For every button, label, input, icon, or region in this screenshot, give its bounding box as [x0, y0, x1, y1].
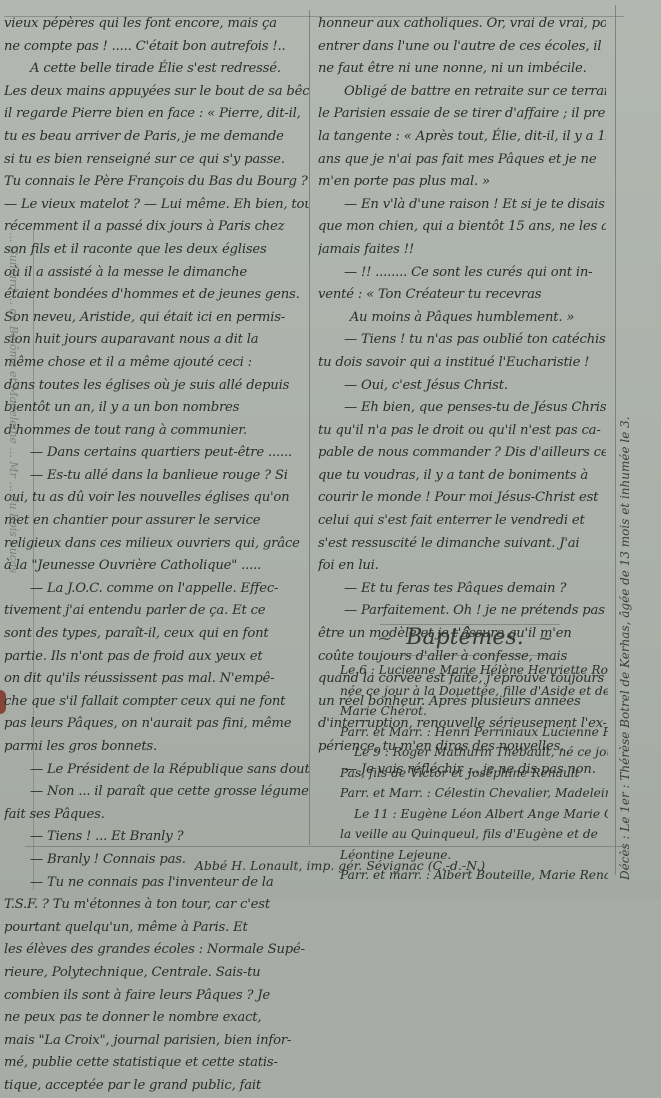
text-line: parmi les gros bonnets. — [4, 736, 309, 759]
text-line: si tu es bien renseigné sur ce qui s'y p… — [4, 149, 309, 172]
text-line: sion huit jours auparavant nous a dit la — [4, 329, 309, 352]
text-line: tivement j'ai entendu parler de ça. Et c… — [4, 600, 309, 623]
text-line: — Oui, c'est Jésus Christ. — [318, 375, 606, 398]
text-line: Les deux mains appuyées sur le bout de s… — [4, 81, 309, 104]
text-line: tu dois savoir qui a institué l'Eucharis… — [318, 352, 606, 375]
text-line: honneur aux catholiques. Or, vrai de vra… — [318, 13, 606, 36]
text-line: ne faut être ni une nonne, ni un imbécil… — [318, 58, 606, 81]
text-line: jamais faites !! — [318, 239, 606, 262]
text-line: bientôt un an, il y a un bon nombres — [4, 397, 309, 420]
baptism-line: Le 9 : Roger Mathurin Thébault, né ce jo… — [340, 742, 608, 763]
baptism-line: Le 6 : Lucienne Marie Hélène Henriette R… — [340, 660, 608, 681]
text-line: vieux pépères qui les font encore, mais … — [4, 13, 309, 36]
text-line: — La J.O.C. comme on l'appelle. Effec- — [4, 578, 309, 601]
text-line: — En v'là d'une raison ! Et si je te dis… — [318, 194, 606, 217]
text-line: — Tu ne connais pas l'inventeur de la — [4, 872, 309, 895]
text-line: Tu connais le Père François du Bas du Bo… — [4, 171, 309, 194]
text-line: — Eh bien, que penses-tu de Jésus Christ… — [318, 397, 606, 420]
right-frame-line — [615, 5, 616, 875]
text-line: on dit qu'ils réussissent pas mal. N'emp… — [4, 668, 309, 691]
text-line: celui qui s'est fait enterrer le vendred… — [318, 510, 606, 533]
baptism-line: Le 11 : Eugène Léon Albert Ange Marie Go… — [340, 804, 608, 825]
text-line: A cette belle tirade Élie s'est redressé… — [4, 58, 309, 81]
text-line: Son neveu, Aristide, qui était ici en pe… — [4, 307, 309, 330]
text-line: s'est ressuscité le dimanche suivant. J'… — [318, 533, 606, 556]
text-line: même chose et il a même ajouté ceci : — [4, 352, 309, 375]
scanned-page: vieux pépères qui les font encore, mais … — [0, 0, 661, 900]
section-heading-baptemes: ~Baptêmes.~ — [330, 625, 600, 650]
text-line: récemment il a passé dix jours à Paris c… — [4, 216, 309, 239]
baptisms-list: Le 6 : Lucienne Marie Hélène Henriette R… — [340, 660, 608, 886]
text-line: foi en lui. — [318, 555, 606, 578]
text-line: — Tiens ! tu n'as pas oublié ton catéchi… — [318, 329, 606, 352]
text-line: — Es-tu allé dans la banlieue rouge ? Si — [4, 465, 309, 488]
left-text-column: vieux pépères qui les font encore, mais … — [4, 13, 309, 900]
text-line: où il a assisté à la messe le dimanche — [4, 262, 309, 285]
baptism-line: la veille au Quinqueul, fils d'Eugène et… — [340, 824, 608, 845]
text-line: étaient bondées d'hommes et de jeunes ge… — [4, 284, 309, 307]
text-line: que tu voudras, il y a tant de boniments… — [318, 465, 606, 488]
baptism-line: née ce jour à la Douettée, fille d'Aside… — [340, 681, 608, 702]
baptism-line: Marie Chérot. — [340, 701, 608, 722]
text-line: la tangente : « Après tout, Élie, dit-il… — [318, 126, 606, 149]
text-line: partie. Ils n'ont pas de froid aux yeux … — [4, 646, 309, 669]
left-margin-note: ... Guillard ... de Bélôme et Madeleine … — [7, 232, 20, 672]
column-divider — [309, 10, 310, 845]
text-line: ans que je n'ai pas fait mes Pâques et j… — [318, 149, 606, 172]
text-line: — Dans certains quartiers peut-être ....… — [4, 442, 309, 465]
text-line: m'en porte pas plus mal. » — [318, 171, 606, 194]
text-line: met en chantier pour assurer le service — [4, 510, 309, 533]
text-line: à la "Jeunesse Ouvrière Catholique" ....… — [4, 555, 309, 578]
text-line: sont des types, paraît-il, ceux qui en f… — [4, 623, 309, 646]
text-line: ne compte pas ! ..... C'était bon autref… — [4, 36, 309, 59]
text-line: tu es beau arriver de Paris, je me deman… — [4, 126, 309, 149]
text-line: — Parfaitement. Oh ! je ne prétends pas — [318, 600, 606, 623]
text-line: d'hommes de tout rang à communier. — [4, 420, 309, 443]
text-line: T.S.F. ? Tu m'étonnes à ton tour, car c'… — [4, 894, 309, 900]
right-margin-death-notice: Décès : Le 1er : Thérèse Botrel de Kerha… — [618, 190, 632, 880]
text-line: — Tiens ! ... Et Branly ? — [4, 826, 309, 849]
text-line: — Et tu feras tes Pâques demain ? — [318, 578, 606, 601]
text-line: — Le Président de la République sans dou… — [4, 759, 309, 782]
heading-text: Baptêmes. — [406, 625, 523, 650]
text-line: fait ses Pâques. — [4, 804, 309, 827]
text-line: entrer dans l'une ou l'autre de ces écol… — [318, 36, 606, 59]
printer-imprint: Abbé H. Lonault, imp. gér. Sévignac (C.-… — [190, 858, 490, 873]
text-line: que mon chien, qui a bientôt 15 ans, ne … — [318, 216, 606, 239]
text-line: Au moins à Pâques humblement. » — [318, 307, 606, 330]
text-line: tu qu'il n'a pas le droit ou qu'il n'est… — [318, 420, 606, 443]
text-line: — Non ... il paraît que cette grosse lég… — [4, 781, 309, 804]
text-line: — !! ........ Ce sont les curés qui ont … — [318, 262, 606, 285]
baptism-line: Parr. et Marr. : Célestin Chevalier, Mad… — [340, 783, 608, 804]
text-line: venté : « Ton Créateur tu recevras — [318, 284, 606, 307]
text-line: dans toutes les églises où je suis allé … — [4, 375, 309, 398]
text-line: il regarde Pierre bien en face : « Pierr… — [4, 103, 309, 126]
text-line: Obligé de battre en retraite sur ce terr… — [318, 81, 606, 104]
text-line: oui, tu as dû voir les nouvelles églises… — [4, 487, 309, 510]
text-line: le Parisien essaie de se tirer d'affaire… — [318, 103, 606, 126]
ornament-tilde: ~ — [363, 628, 406, 649]
text-line: courir le monde ! Pour moi Jésus-Christ … — [318, 487, 606, 510]
text-line: che que s'il fallait compter ceux qui ne… — [4, 691, 309, 714]
baptism-line: Pas, fils de Victor et Joséphine Renault — [340, 763, 608, 784]
ornament-tilde: ~ — [524, 628, 567, 649]
text-line: pable de nous commander ? Dis d'ailleurs… — [318, 442, 606, 465]
text-line: pas leurs Pâques, on n'aurait pas fini, … — [4, 713, 309, 736]
text-line: religieux dans ces milieux ouvriers qui,… — [4, 533, 309, 556]
text-line: son fils et il raconte que les deux égli… — [4, 239, 309, 262]
baptism-line: Parr. et Marr. : Henri Perriniaux Lucien… — [340, 722, 608, 743]
text-line: — Le vieux matelot ? — Lui même. Eh bien… — [4, 194, 309, 217]
